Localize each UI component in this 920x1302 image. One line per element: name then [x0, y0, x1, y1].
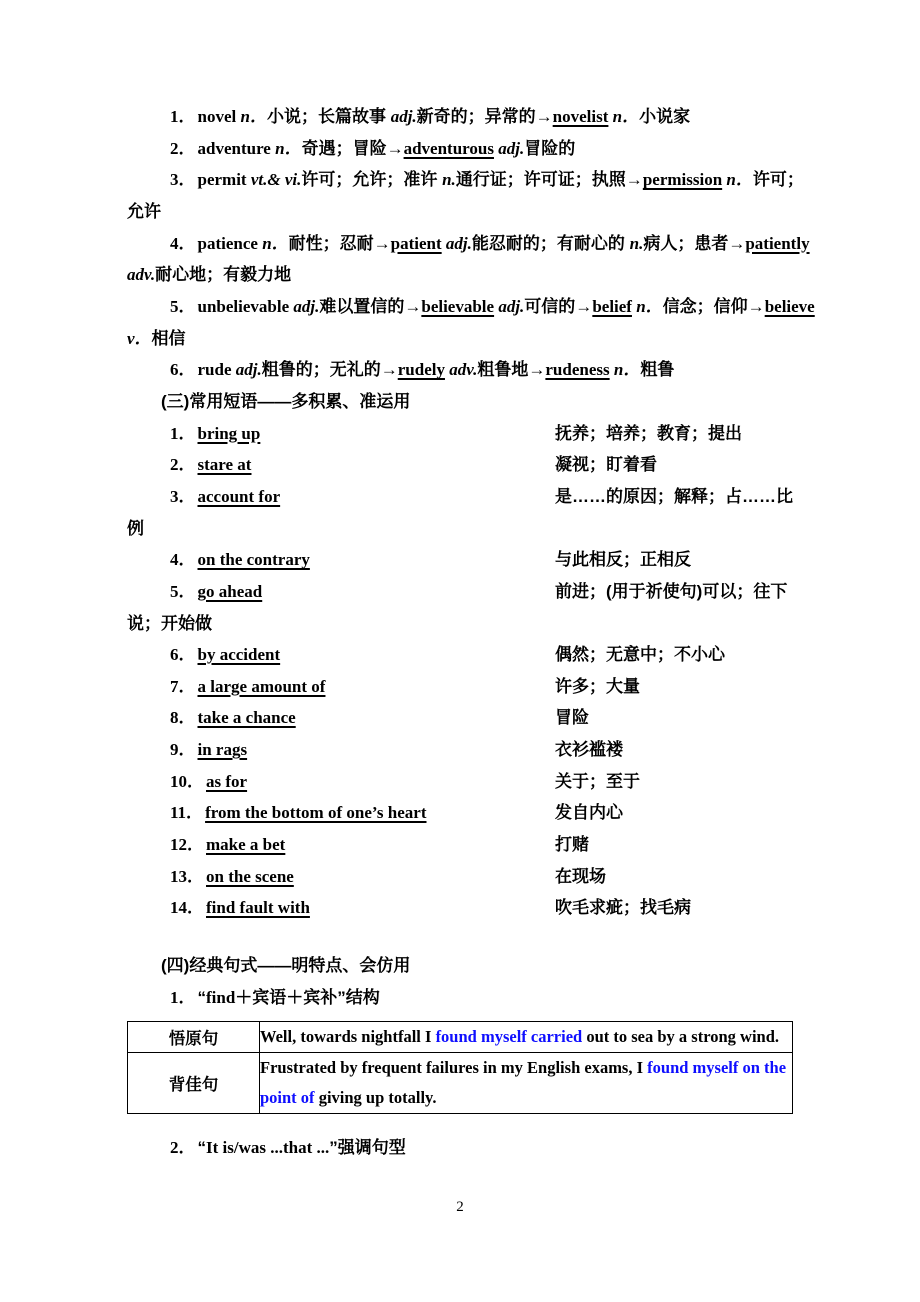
highlighted-text-segment: found myself on the — [647, 1058, 786, 1077]
text-segment: n． — [614, 360, 640, 379]
table-label-cell: 悟原句 — [128, 1022, 260, 1053]
numbered-line: 2．“It is/was ...that ...”强调句型 — [127, 1132, 793, 1164]
phrase-translation: 许多；大量 — [555, 671, 640, 703]
phrase-row: 8．take a chance冒险 — [127, 702, 793, 734]
text-segment: novel — [198, 107, 241, 126]
numbered-line: 5．unbelievable adj.难以置信的→believable adj.… — [127, 291, 793, 323]
sentence-line: Frustrated by frequent failures in my En… — [260, 1053, 792, 1083]
spacer — [127, 924, 793, 950]
text-segment: n. — [442, 170, 456, 189]
text-segment: 粗鲁 — [640, 360, 674, 379]
text-segment: 2． — [170, 139, 196, 158]
phrase-translation: 前进；(用于祈使句)可以；往下 — [555, 576, 787, 608]
text-segment: 5． — [170, 582, 196, 601]
phrase-translation: 关于；至于 — [555, 766, 640, 798]
page-number: 2 — [0, 1199, 920, 1216]
table-label-cell: 背佳句 — [128, 1052, 260, 1113]
text-segment: 难以置信的→ — [319, 297, 421, 316]
text-segment: adj. — [236, 360, 262, 379]
phrase-row: 14．find fault with吹毛求疵；找毛病 — [127, 892, 793, 924]
spacer — [127, 1114, 793, 1132]
text-segment: believable — [421, 297, 494, 316]
example-sentence-table: 悟原句Well, towards nightfall I found mysel… — [127, 1021, 793, 1114]
continuation-line: 允许 — [127, 196, 793, 228]
text-segment: take a chance — [198, 708, 296, 727]
text-segment: 通行证；许可证；执照→ — [456, 170, 643, 189]
highlighted-text-segment: point of — [260, 1088, 315, 1107]
text-segment: adj. — [446, 234, 472, 253]
text-segment: 1． — [170, 988, 196, 1007]
document-page: 1．novel n．小说；长篇故事 adj.新奇的；异常的→novelist n… — [0, 0, 920, 1302]
text-segment: 说；开始做 — [127, 614, 212, 633]
text-segment: 7． — [170, 677, 196, 696]
phrase-translation: 是……的原因；解释；占……比 — [555, 481, 793, 513]
text-segment: belief — [592, 297, 632, 316]
text-segment: 6． — [170, 645, 196, 664]
numbered-line: 2．adventure n．奇遇；冒险→adventurous adj.冒险的 — [127, 133, 793, 165]
continuation-line: v．相信 — [127, 323, 793, 355]
continuation-line: adv.耐心地；有毅力地 — [127, 259, 793, 291]
text-segment: “ — [198, 1138, 207, 1157]
phrase-translation: 在现场 — [555, 861, 606, 893]
phrase-translation: 吹毛求疵；找毛病 — [555, 892, 691, 924]
phrase-row: 11．from the bottom of one’s heart发自内心 — [127, 797, 793, 829]
section-heading: (四)经典句式——明特点、会仿用 — [127, 950, 793, 982]
text-segment: adj. — [391, 107, 417, 126]
text-segment: make a bet — [206, 835, 285, 854]
text-segment: 许可； — [753, 170, 804, 189]
numbered-line: 1．novel n．小说；长篇故事 adj.新奇的；异常的→novelist n… — [127, 101, 793, 133]
text-segment: 10． — [170, 772, 204, 791]
text-segment: stare at — [198, 455, 252, 474]
sentence-line: point of giving up totally. — [260, 1083, 792, 1113]
text-segment: 病人；患者→ — [643, 234, 745, 253]
numbered-line: 4．patience n．耐性；忍耐→patient adj.能忍耐的；有耐心的… — [127, 228, 793, 260]
text-segment: find — [206, 988, 235, 1007]
text-segment: rude — [198, 360, 236, 379]
text-segment: 奇遇；冒险→ — [302, 139, 404, 158]
text-segment: 4． — [170, 234, 196, 253]
sentence-line: Well, towards nightfall I found myself c… — [260, 1022, 792, 1052]
numbered-line: 3．permit vt.& vi.许可；允许；准许 n.通行证；许可证；执照→p… — [127, 164, 793, 196]
text-segment: (三)常用短语——多积累、准运用 — [161, 392, 410, 411]
text-segment: 粗鲁的；无礼的→ — [262, 360, 398, 379]
text-segment: rudeness — [545, 360, 609, 379]
text-segment: adv. — [449, 360, 477, 379]
text-segment: novelist — [553, 107, 609, 126]
phrase-translation: 冒险 — [555, 702, 589, 734]
text-segment: 5． — [170, 297, 196, 316]
text-segment: 2． — [170, 455, 196, 474]
text-segment: 可信的→ — [524, 297, 592, 316]
phrase-translation: 衣衫褴褛 — [555, 734, 623, 766]
phrase-row: 10．as for关于；至于 — [127, 766, 793, 798]
phrase-row: 7．a large amount of许多；大量 — [127, 671, 793, 703]
text-segment: adventurous — [404, 139, 494, 158]
phrase-translation: 发自内心 — [555, 797, 623, 829]
text-segment: patiently — [745, 234, 809, 253]
phrase-row: 2．stare at凝视；盯着看 — [127, 449, 793, 481]
phrase-translation: 打赌 — [555, 829, 589, 861]
phrase-row: 9．in rags衣衫褴褛 — [127, 734, 793, 766]
text-segment: 4． — [170, 550, 196, 569]
text-segment: unbelievable — [198, 297, 294, 316]
text-segment: out to sea by a strong wind. — [582, 1027, 779, 1046]
text-segment: n． — [726, 170, 752, 189]
continuation-line: 例 — [127, 513, 793, 545]
numbered-line: 6．rude adj.粗鲁的；无礼的→rudely adv.粗鲁地→rudene… — [127, 354, 793, 386]
text-segment: 3． — [170, 487, 196, 506]
text-segment: 13． — [170, 867, 204, 886]
highlighted-text-segment: found myself carried — [436, 1027, 583, 1046]
text-segment: vt.& vi. — [251, 170, 302, 189]
table-row: 背佳句Frustrated by frequent failures in my… — [128, 1052, 793, 1113]
text-segment: 能忍耐的；有耐心的 — [472, 234, 630, 253]
text-segment: adventure — [198, 139, 276, 158]
phrase-translation: 与此相反；正相反 — [555, 544, 691, 576]
text-segment: 11． — [170, 803, 203, 822]
phrase-row: 12．make a bet打赌 — [127, 829, 793, 861]
text-segment: n． — [262, 234, 288, 253]
continuation-line: 说；开始做 — [127, 608, 793, 640]
text-segment: n． — [240, 107, 266, 126]
phrase-row: 4．on the contrary与此相反；正相反 — [127, 544, 793, 576]
phrase-row: 1．bring up抚养；培养；教育；提出 — [127, 418, 793, 450]
text-segment: n． — [613, 107, 639, 126]
table-sentence-cell: Well, towards nightfall I found myself c… — [260, 1022, 793, 1053]
section-heading: (三)常用短语——多积累、准运用 — [127, 386, 793, 418]
text-segment: 耐性；忍耐→ — [289, 234, 391, 253]
spacer — [127, 1013, 793, 1021]
text-segment: 1． — [170, 107, 196, 126]
text-segment: 1． — [170, 424, 196, 443]
text-segment: adv. — [127, 265, 155, 284]
text-segment: 冒险的 — [524, 139, 575, 158]
text-segment: as for — [206, 772, 247, 791]
phrase-translation: 抚养；培养；教育；提出 — [555, 418, 742, 450]
text-segment: adj. — [498, 139, 524, 158]
text-segment: permission — [643, 170, 722, 189]
text-segment: 8． — [170, 708, 196, 727]
table-sentence-cell: Frustrated by frequent failures in my En… — [260, 1052, 793, 1113]
text-segment: go ahead — [198, 582, 263, 601]
text-segment: by accident — [198, 645, 281, 664]
phrase-row: 5．go ahead前进；(用于祈使句)可以；往下 — [127, 576, 793, 608]
text-segment: n． — [275, 139, 301, 158]
text-segment: (四)经典句式——明特点、会仿用 — [161, 956, 410, 975]
text-segment: believe — [765, 297, 815, 316]
text-segment: v． — [127, 329, 152, 348]
phrase-row: 13．on the scene在现场 — [127, 861, 793, 893]
text-segment: 小说家 — [639, 107, 690, 126]
phrase-row: 6．by accident偶然；无意中；不小心 — [127, 639, 793, 671]
text-segment: account for — [198, 487, 281, 506]
document-body: 1．novel n．小说；长篇故事 adj.新奇的；异常的→novelist n… — [127, 101, 793, 1164]
text-segment: 2． — [170, 1138, 196, 1157]
text-segment: permit — [198, 170, 251, 189]
text-segment: patience — [198, 234, 263, 253]
text-segment: 12． — [170, 835, 204, 854]
text-segment: on the contrary — [198, 550, 310, 569]
text-segment: 允许 — [127, 202, 161, 221]
text-segment: adj. — [498, 297, 524, 316]
text-segment: “ — [198, 988, 207, 1007]
text-segment: 信念；信仰→ — [663, 297, 765, 316]
phrase-row: 3．account for是……的原因；解释；占……比 — [127, 481, 793, 513]
text-segment: rudely — [398, 360, 445, 379]
text-segment: n． — [636, 297, 662, 316]
text-segment: ＋宾语＋宾补”结构 — [235, 988, 380, 1007]
text-segment: 例 — [127, 519, 144, 538]
text-segment: ”强调句型 — [329, 1138, 406, 1157]
text-segment: find fault with — [206, 898, 310, 917]
text-segment: 14． — [170, 898, 204, 917]
phrase-translation: 偶然；无意中；不小心 — [555, 639, 725, 671]
numbered-line: 1．“find＋宾语＋宾补”结构 — [127, 982, 793, 1014]
text-segment: 相信 — [152, 329, 186, 348]
text-segment: It is/was ...that ... — [206, 1138, 329, 1157]
text-segment: in rags — [198, 740, 248, 759]
text-segment: 新奇的；异常的→ — [417, 107, 553, 126]
text-segment: 9． — [170, 740, 196, 759]
text-segment: 耐心地；有毅力地 — [155, 265, 291, 284]
text-segment: adj. — [293, 297, 319, 316]
text-segment: 6． — [170, 360, 196, 379]
text-segment: a large amount of — [198, 677, 326, 696]
text-segment: Frustrated by frequent failures in my En… — [260, 1058, 647, 1077]
table-row: 悟原句Well, towards nightfall I found mysel… — [128, 1022, 793, 1053]
text-segment: bring up — [198, 424, 261, 443]
text-segment: on the scene — [206, 867, 294, 886]
text-segment: 粗鲁地→ — [477, 360, 545, 379]
text-segment: 小说；长篇故事 — [267, 107, 391, 126]
text-segment: 许可；允许；准许 — [301, 170, 442, 189]
text-segment: from the bottom of one’s heart — [205, 803, 426, 822]
phrase-translation: 凝视；盯着看 — [555, 449, 657, 481]
text-segment: n. — [630, 234, 644, 253]
text-segment: giving up totally. — [315, 1088, 437, 1107]
text-segment: patient — [391, 234, 442, 253]
text-segment: 3． — [170, 170, 196, 189]
text-segment: Well, towards nightfall I — [260, 1027, 436, 1046]
